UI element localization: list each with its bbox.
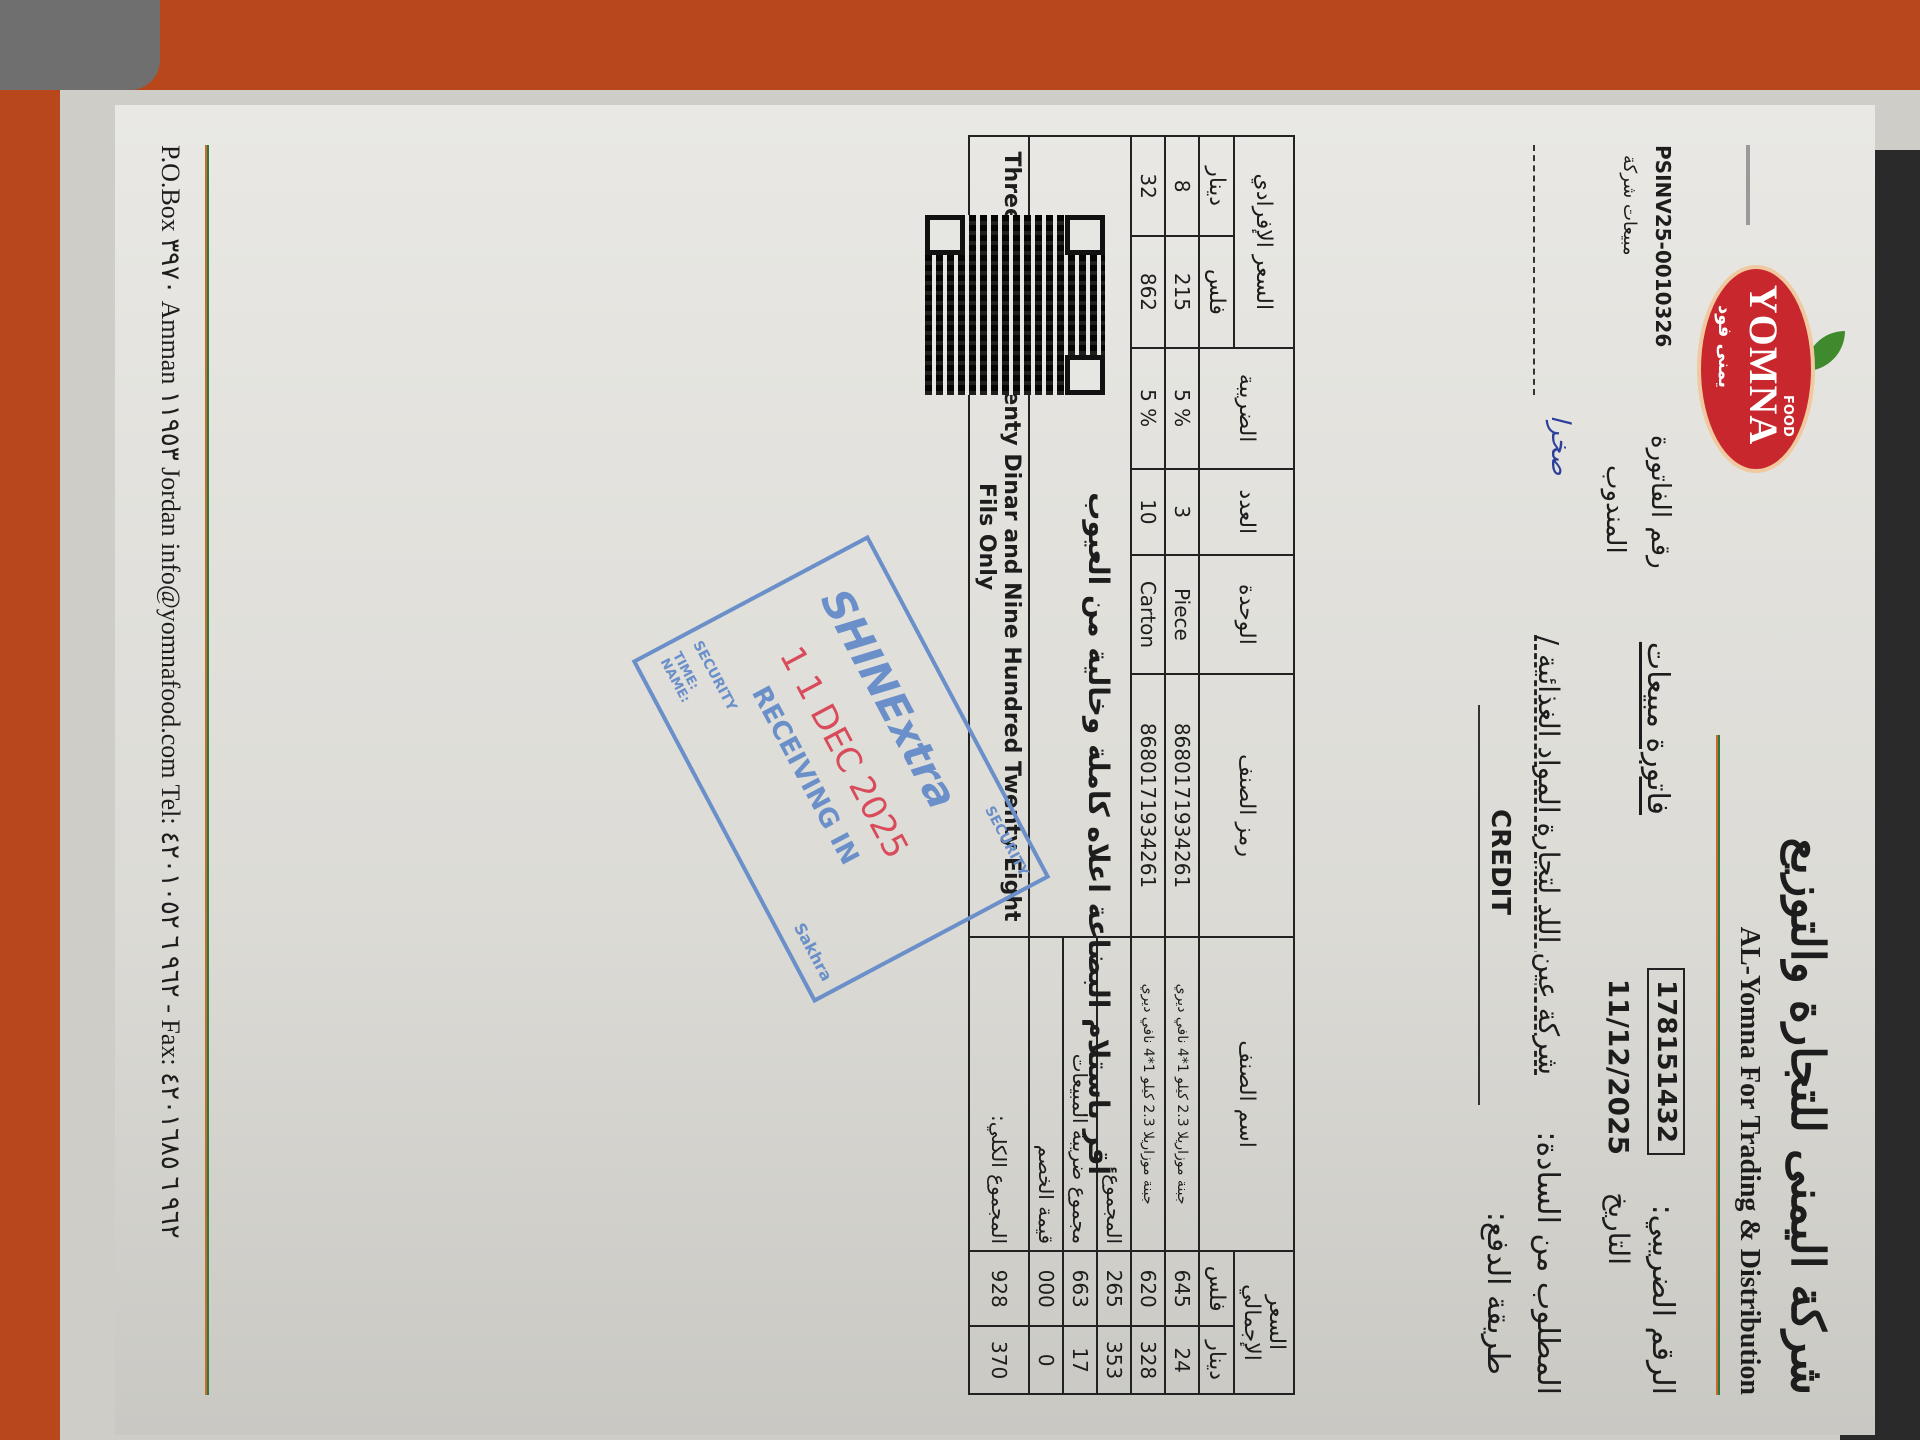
grand-total-dinar: 370 xyxy=(969,1326,1029,1394)
total-fils: 620 xyxy=(1131,1251,1165,1326)
invoice-title: فاتورة مبيعات xyxy=(1640,642,1675,815)
discount-dinar: 0 xyxy=(1029,1326,1063,1394)
company-name-arabic: شركة اليمنى للتجارة والتوزيع xyxy=(1781,838,1835,1395)
tax-number: 178151432 xyxy=(1647,968,1685,1155)
item-tax: 5 % xyxy=(1165,348,1199,469)
header-unit: الوحدة xyxy=(1199,555,1294,674)
price-fils: 862 xyxy=(1131,236,1165,347)
qr-corner xyxy=(1065,355,1105,395)
header-item-code: رمز الصنف xyxy=(1199,674,1294,937)
price-fils: 215 xyxy=(1165,236,1199,347)
logo-subtext: FOOD xyxy=(1780,395,1795,437)
price-dinar: 32 xyxy=(1131,136,1165,236)
item-name: جبنة موزاريلا 2.3 كيلو 1*4 نافي ديري xyxy=(1165,937,1199,1251)
item-tax: 5 % xyxy=(1131,348,1165,469)
header-dinar: دينار xyxy=(1199,136,1234,236)
header-item-name: اسم الصنف xyxy=(1199,937,1294,1251)
header-dinar: دينار xyxy=(1199,1326,1234,1394)
table-row: 328 620 جبنة موزاريلا 2.3 كيلو 1*4 نافي … xyxy=(1131,136,1165,1394)
price-dinar: 8 xyxy=(1165,136,1199,236)
item-qty: 10 xyxy=(1131,469,1165,555)
invoice-number: PSINV25-0010326 xyxy=(1651,145,1675,347)
qr-corner xyxy=(925,215,965,255)
total-fils: 645 xyxy=(1165,1251,1199,1326)
tax-total-dinar: 17 xyxy=(1063,1326,1097,1394)
invoice-date: 11/12/2025 xyxy=(1602,979,1635,1155)
tax-number-label: الرقم الضريبي: xyxy=(1645,1205,1680,1395)
grand-total-fils: 928 xyxy=(969,1251,1029,1326)
header-fils: فلس xyxy=(1199,236,1234,347)
invoice-number-label: رقم الفاتورة xyxy=(1645,435,1675,569)
grand-total-label: المجموع الكلي: xyxy=(969,937,1029,1251)
header-unit-price: السعر الإفرادي xyxy=(1234,136,1294,348)
company-name-english: AL-Yomna For Trading & Distribution xyxy=(1733,927,1765,1395)
total-dinar: 328 xyxy=(1131,1326,1165,1394)
discount-fils: 000 xyxy=(1029,1251,1063,1326)
sales-type: مبيعات شركة xyxy=(1619,155,1640,256)
rep-label: المندوب xyxy=(1600,465,1630,554)
header-divider xyxy=(1716,735,1720,1395)
header-qty: العدد xyxy=(1199,469,1294,555)
subtotal-fils: 265 xyxy=(1097,1251,1131,1326)
payment-method: CREDIT xyxy=(1485,809,1515,915)
company-logo: YOMNA FOOD يمنى فود xyxy=(1695,245,1845,485)
item-unit: Piece xyxy=(1165,555,1199,674)
qr-code xyxy=(925,215,1105,395)
header-total-price: السعر الإجمالي xyxy=(1234,1251,1294,1394)
customer-label: المطلوب من السادة: xyxy=(1530,1131,1565,1395)
dashed-line xyxy=(1533,145,1535,395)
header-fils: فلس xyxy=(1199,1251,1234,1326)
item-code: 8680171934261 xyxy=(1131,674,1165,937)
footer-divider xyxy=(205,145,209,1395)
tax-total-fils: 663 xyxy=(1063,1251,1097,1326)
discount-label: قيمة الخصم xyxy=(1029,937,1063,1251)
footer-contact: P.O.Box ٣٩٧٠ Amman ١١٩٥٣ Jordan info@yom… xyxy=(155,145,185,1239)
date-label: التاريخ xyxy=(1602,1192,1635,1265)
invoice-page: شركة اليمنى للتجارة والتوزيع AL-Yomna Fo… xyxy=(115,105,1875,1435)
item-qty: 3 xyxy=(1165,469,1199,555)
total-dinar: 24 xyxy=(1165,1326,1199,1394)
payment-label: طريقة الدفع: xyxy=(1480,1212,1515,1375)
subtotal-dinar: 353 xyxy=(1097,1326,1131,1394)
qr-corner xyxy=(1065,215,1105,255)
receipt-acknowledgement: أقر باستلام البضاعة اعلاه كاملة وخالية م… xyxy=(1082,492,1115,1175)
customer-name: شركة عين اللد لتجارة المواد الغذائية / xyxy=(1532,636,1565,1075)
underline xyxy=(1478,705,1480,1105)
rep-handwritten: صخرا xyxy=(1545,415,1575,475)
table-row: 24 645 جبنة موزاريلا 2.3 كيلو 1*4 نافي د… xyxy=(1165,136,1199,1394)
item-code: 8680171934261 xyxy=(1165,674,1199,937)
logo-dash xyxy=(1746,145,1750,225)
logo-arabic: يمنى فود xyxy=(1714,305,1735,388)
stamp-location: Sakhra xyxy=(790,920,836,985)
item-name: جبنة موزاريلا 2.3 كيلو 1*4 نافي ديري xyxy=(1131,937,1165,1251)
desk-object xyxy=(0,0,160,90)
item-unit: Carton xyxy=(1131,555,1165,674)
header-tax: الضريبة xyxy=(1199,348,1294,469)
